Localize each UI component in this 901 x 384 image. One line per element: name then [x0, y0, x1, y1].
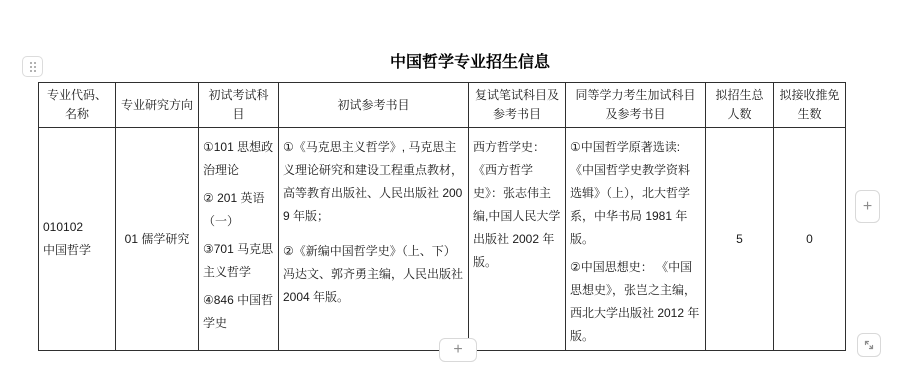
- exam-subject-item: ④846 中国哲学史: [203, 289, 274, 335]
- cell-initial-references[interactable]: ①《马克思主义哲学》, 马克思主义理论研究和建设工程重点教材，高等教育出版社、人…: [279, 128, 469, 351]
- cell-exam-subjects[interactable]: ①101 思想政治理论 ② 201 英语（一） ③701 马克思主义哲学 ④84…: [199, 128, 279, 351]
- header-recommended-exempt[interactable]: 拟接收推免生数: [774, 83, 846, 128]
- table-row: 010102 中国哲学 01 儒学研究 ①101 思想政治理论 ② 201 英语…: [39, 128, 846, 351]
- expand-diagonal-icon: [863, 339, 875, 351]
- admissions-table: 专业代码、名称 专业研究方向 初试考试科目 初试参考书目 复试笔试科目及参考书目…: [38, 82, 846, 351]
- exam-subject-item: ①101 思想政治理论: [203, 136, 274, 182]
- plus-icon: +: [863, 199, 872, 215]
- cell-research-direction[interactable]: 01 儒学研究: [116, 128, 199, 351]
- header-exam-subjects[interactable]: 初试考试科目: [199, 83, 279, 128]
- document-page: 中国哲学专业招生信息 专业代码、名称 专业研究方向 初试考试科目 初试参考书目 …: [0, 0, 901, 384]
- cell-retest-subjects[interactable]: 西方哲学史：《西方哲学史》：张志伟主编,中国人民大学出版社 2002 年版。: [469, 128, 566, 351]
- additional-item: ①中国哲学原著选读:《中国哲学史教学资料选辑》（上），北大哲学系，中华书局 19…: [570, 136, 701, 251]
- header-initial-references[interactable]: 初试参考书目: [279, 83, 469, 128]
- plus-icon: +: [453, 342, 462, 358]
- exam-subject-item: ③701 马克思主义哲学: [203, 238, 274, 284]
- retest-text: 西方哲学史：《西方哲学史》：张志伟主编,中国人民大学出版社 2002 年版。: [473, 136, 561, 274]
- planned-total-value: 5: [736, 232, 743, 246]
- reference-item: ②《新编中国哲学史》（上、下）冯达文、郭齐勇主编，人民出版社 2004 年版。: [283, 240, 464, 309]
- additional-item: ②中国思想史： 《中国思想史》，张岂之主编，西北大学出版社 2012 年版。: [570, 256, 701, 348]
- recommended-exempt-value: 0: [806, 232, 813, 246]
- header-planned-total[interactable]: 拟招生总人数: [706, 83, 774, 128]
- cell-recommended-exempt[interactable]: 0: [774, 128, 846, 351]
- add-row-button[interactable]: +: [439, 338, 477, 362]
- major-name: 中国哲学: [43, 239, 111, 262]
- add-column-button[interactable]: +: [855, 190, 880, 223]
- header-additional-subjects[interactable]: 同等学力考生加试科目及参考书目: [566, 83, 706, 128]
- cell-additional-subjects[interactable]: ①中国哲学原著选读:《中国哲学史教学资料选辑》（上），北大哲学系，中华书局 19…: [566, 128, 706, 351]
- major-code: 010102: [43, 216, 111, 239]
- header-major-code[interactable]: 专业代码、名称: [39, 83, 116, 128]
- table-expand-button[interactable]: [857, 333, 881, 357]
- research-direction: 01 儒学研究: [125, 232, 190, 246]
- six-dot-grid-icon: [30, 62, 36, 72]
- page-title: 中国哲学专业招生信息: [40, 49, 900, 72]
- header-research-direction[interactable]: 专业研究方向: [116, 83, 199, 128]
- exam-subject-item: ② 201 英语（一）: [203, 187, 274, 233]
- table-header-row: 专业代码、名称 专业研究方向 初试考试科目 初试参考书目 复试笔试科目及参考书目…: [39, 83, 846, 128]
- header-retest-subjects[interactable]: 复试笔试科目及参考书目: [469, 83, 566, 128]
- cell-major-code[interactable]: 010102 中国哲学: [39, 128, 116, 351]
- reference-item: ①《马克思主义哲学》, 马克思主义理论研究和建设工程重点教材，高等教育出版社、人…: [283, 136, 464, 228]
- cell-planned-total[interactable]: 5: [706, 128, 774, 351]
